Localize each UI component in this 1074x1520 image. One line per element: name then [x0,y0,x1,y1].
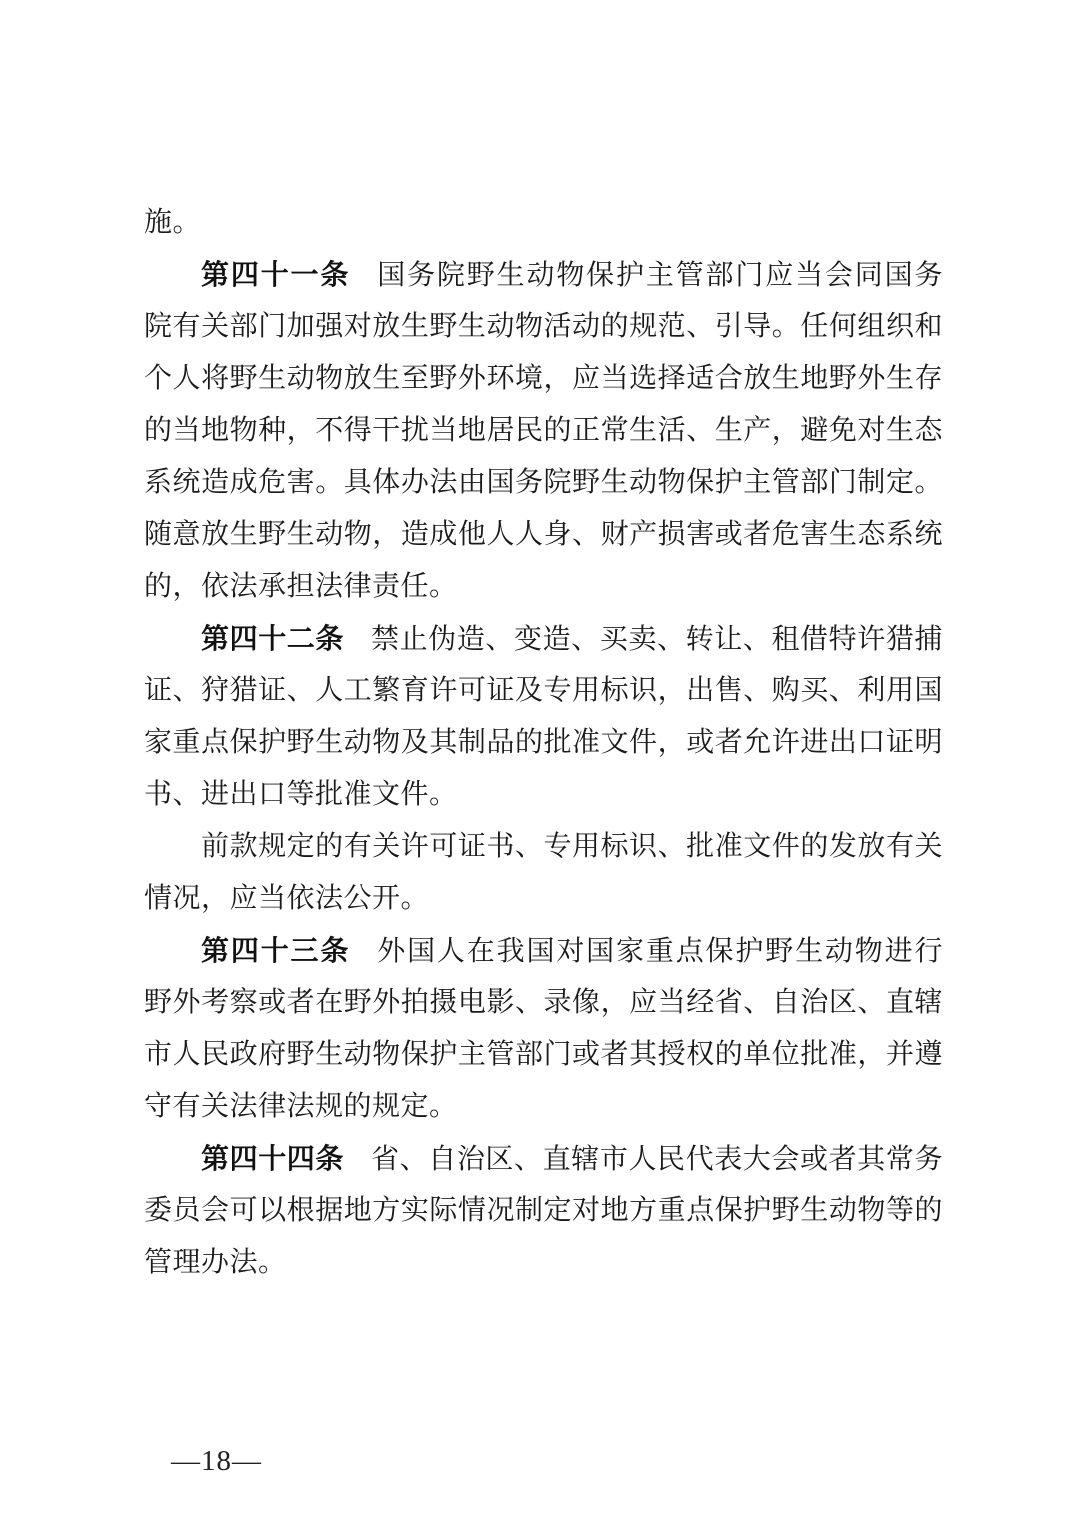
text-line: 书、进出口等批准文件。 [144,769,943,821]
line-text: 委员会可以根据地方实际情况制定对地方重点保护野生动物等的 [144,1195,943,1226]
line-text: 的当地物种，不得干扰当地居民的正常生活、生产，避免对生态 [144,415,943,446]
line-text: 国务院野生动物保护主管部门应当会同国务 [377,260,943,291]
text-line: 家重点保护野生动物及其制品的批准文件，或者允许进出口证明 [144,717,943,769]
line-text: 施。 [144,207,201,238]
text-line: 随意放生野生动物，造成他人人身、财产损害或者危害生态系统 [144,509,943,561]
line-text: 前款规定的有关许可证书、专用标识、批准文件的发放有关 [201,831,943,862]
article-42-heading: 第四十二条 [201,623,344,654]
line-text: 野外考察或者在野外拍摄电影、录像，应当经省、自治区、直辖 [144,987,943,1018]
line-text: 个人将野生动物放生至野外环境，应当选择适合放生地野外生存 [144,363,943,394]
text-line: 委员会可以根据地方实际情况制定对地方重点保护野生动物等的 [144,1185,943,1237]
text-line: 市人民政府野生动物保护主管部门或者其授权的单位批准，并遵 [144,1029,943,1081]
text-line: 前款规定的有关许可证书、专用标识、批准文件的发放有关 [144,821,943,873]
page-number: —18— [171,1444,262,1478]
text-line: 的，依法承担法律责任。 [144,561,943,613]
article-41-heading: 第四十一条 [201,259,350,290]
line-text: 禁止伪造、变造、买卖、转让、租借特许猎捕 [371,624,943,655]
text-line: 第四十一条国务院野生动物保护主管部门应当会同国务 [144,249,943,301]
document-page: 施。 第四十一条国务院野生动物保护主管部门应当会同国务 院有关部门加强对放生野生… [0,0,1074,1520]
line-text: 管理办法。 [144,1247,287,1278]
line-text: 情况，应当依法公开。 [144,883,429,914]
line-text: 证、狩猎证、人工繁育许可证及专用标识，出售、购买、利用国 [144,675,943,706]
text-line: 个人将野生动物放生至野外环境，应当选择适合放生地野外生存 [144,353,943,405]
article-43-heading: 第四十三条 [201,935,350,966]
line-text: 外国人在我国对国家重点保护野生动物进行 [377,936,943,967]
line-text: 省、自治区、直辖市人民代表大会或者其常务 [371,1144,943,1175]
line-text: 的，依法承担法律责任。 [144,571,458,602]
text-line: 野外考察或者在野外拍摄电影、录像，应当经省、自治区、直辖 [144,977,943,1029]
text-line: 院有关部门加强对放生野生动物活动的规范、引导。任何组织和 [144,301,943,353]
line-text: 书、进出口等批准文件。 [144,779,458,810]
article-44-heading: 第四十四条 [201,1143,344,1174]
text-line: 证、狩猎证、人工繁育许可证及专用标识，出售、购买、利用国 [144,665,943,717]
line-text: 家重点保护野生动物及其制品的批准文件，或者允许进出口证明 [144,727,943,758]
line-text: 市人民政府野生动物保护主管部门或者其授权的单位批准，并遵 [144,1039,943,1070]
text-line: 第四十三条外国人在我国对国家重点保护野生动物进行 [144,925,943,977]
line-text: 院有关部门加强对放生野生动物活动的规范、引导。任何组织和 [144,311,943,342]
line-text: 守有关法律法规的规定。 [144,1091,458,1122]
text-line: 施。 [144,197,943,249]
text-line: 情况，应当依法公开。 [144,873,943,925]
line-text: 随意放生野生动物，造成他人人身、财产损害或者危害生态系统 [144,519,943,550]
text-line: 的当地物种，不得干扰当地居民的正常生活、生产，避免对生态 [144,405,943,457]
text-line: 第四十四条省、自治区、直辖市人民代表大会或者其常务 [144,1133,943,1185]
text-line: 系统造成危害。具体办法由国务院野生动物保护主管部门制定。 [144,457,943,509]
text-line: 管理办法。 [144,1237,943,1289]
text-line: 第四十二条禁止伪造、变造、买卖、转让、租借特许猎捕 [144,613,943,665]
document-text-block: 施。 第四十一条国务院野生动物保护主管部门应当会同国务 院有关部门加强对放生野生… [144,197,943,1289]
text-line: 守有关法律法规的规定。 [144,1081,943,1133]
line-text: 系统造成危害。具体办法由国务院野生动物保护主管部门制定。 [144,467,943,498]
